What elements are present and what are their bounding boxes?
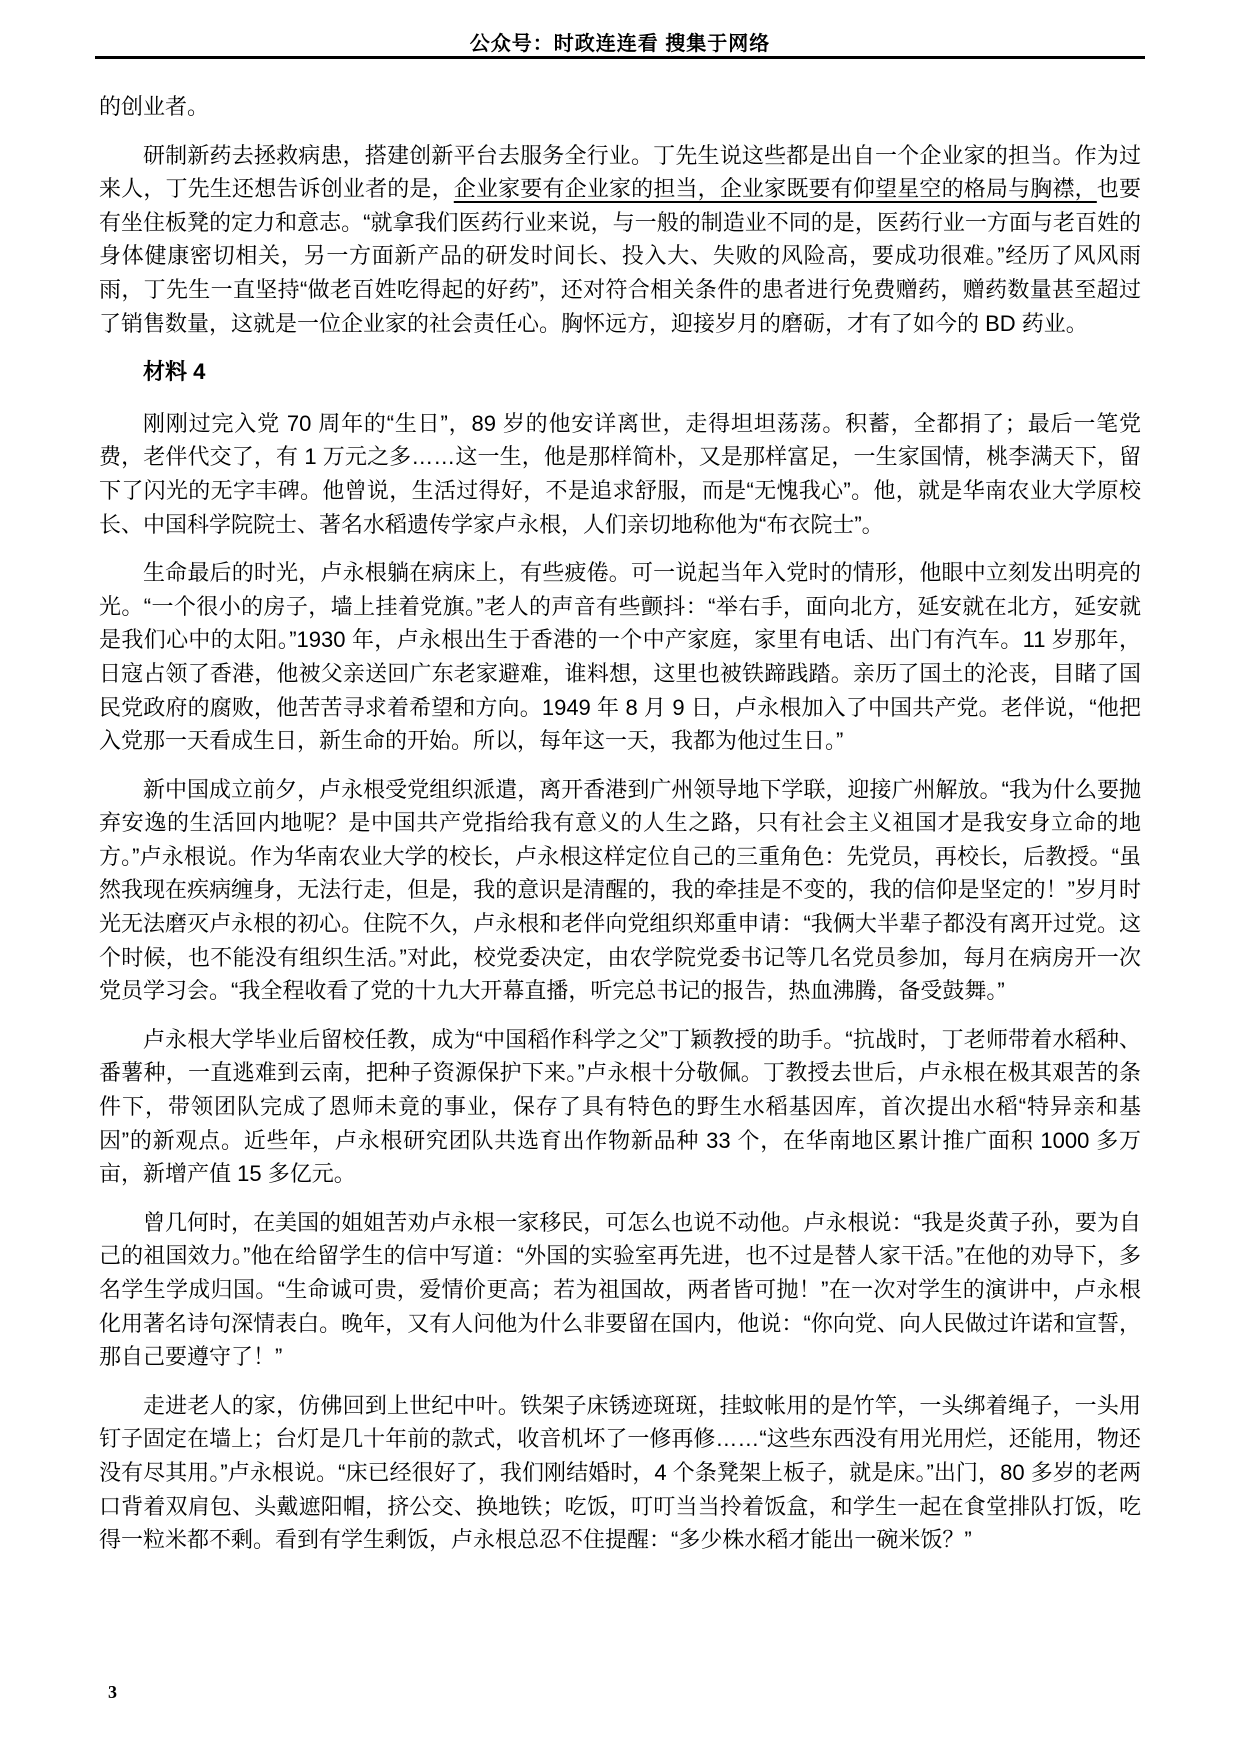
document-body: 的创业者。 研制新药去拯救病患，搭建创新平台去服务全行业。丁先生说这些都是出自一… xyxy=(99,90,1141,1572)
paragraph-patriotism: 曾几何时，在美国的姐姐苦劝卢永根一家移民，可怎么也说不动他。卢永根说：“我是炎黄… xyxy=(99,1206,1141,1374)
material-4-heading: 材料 4 xyxy=(99,355,1141,389)
paragraph-rice-science-career: 卢永根大学毕业后留校任教，成为“中国稻作科学之父”丁颖教授的助手。“抗战时，丁老… xyxy=(99,1023,1141,1191)
paragraph-continuation: 的创业者。 xyxy=(99,90,1141,124)
paragraph-joining-party: 生命最后的时光，卢永根躺在病床上，有些疲倦。可一说起当年入党时的情形，他眼中立刻… xyxy=(99,556,1141,758)
underlined-phrase: 企业家要有企业家的担当，企业家既要有仰望星空的格局与胸襟， xyxy=(454,176,1097,201)
page-number: 3 xyxy=(108,1682,117,1703)
header-divider xyxy=(95,56,1145,59)
document-page: 公众号：时政连连看 搜集于网络 的创业者。 研制新药去拯救病患，搭建创新平台去服… xyxy=(0,0,1240,1754)
paragraph-lu-yonggen-intro: 刚刚过完入党 70 周年的“生日”，89 岁的他安详离世，走得坦坦荡荡。积蓄，全… xyxy=(99,407,1141,541)
page-header-title: 公众号：时政连连看 搜集于网络 xyxy=(100,27,1140,56)
paragraph-frugal-life: 走进老人的家，仿佛回到上世纪中叶。铁架子床锈迹斑斑，挂蚊帐用的是竹竿，一头绑着绳… xyxy=(99,1389,1141,1557)
paragraph-three-roles: 新中国成立前夕，卢永根受党组织派遣，离开香港到广州领导地下学联，迎接广州解放。“… xyxy=(99,773,1141,1008)
paragraph-entrepreneur-duty: 研制新药去拯救病患，搭建创新平台去服务全行业。丁先生说这些都是出自一个企业家的担… xyxy=(99,139,1141,341)
